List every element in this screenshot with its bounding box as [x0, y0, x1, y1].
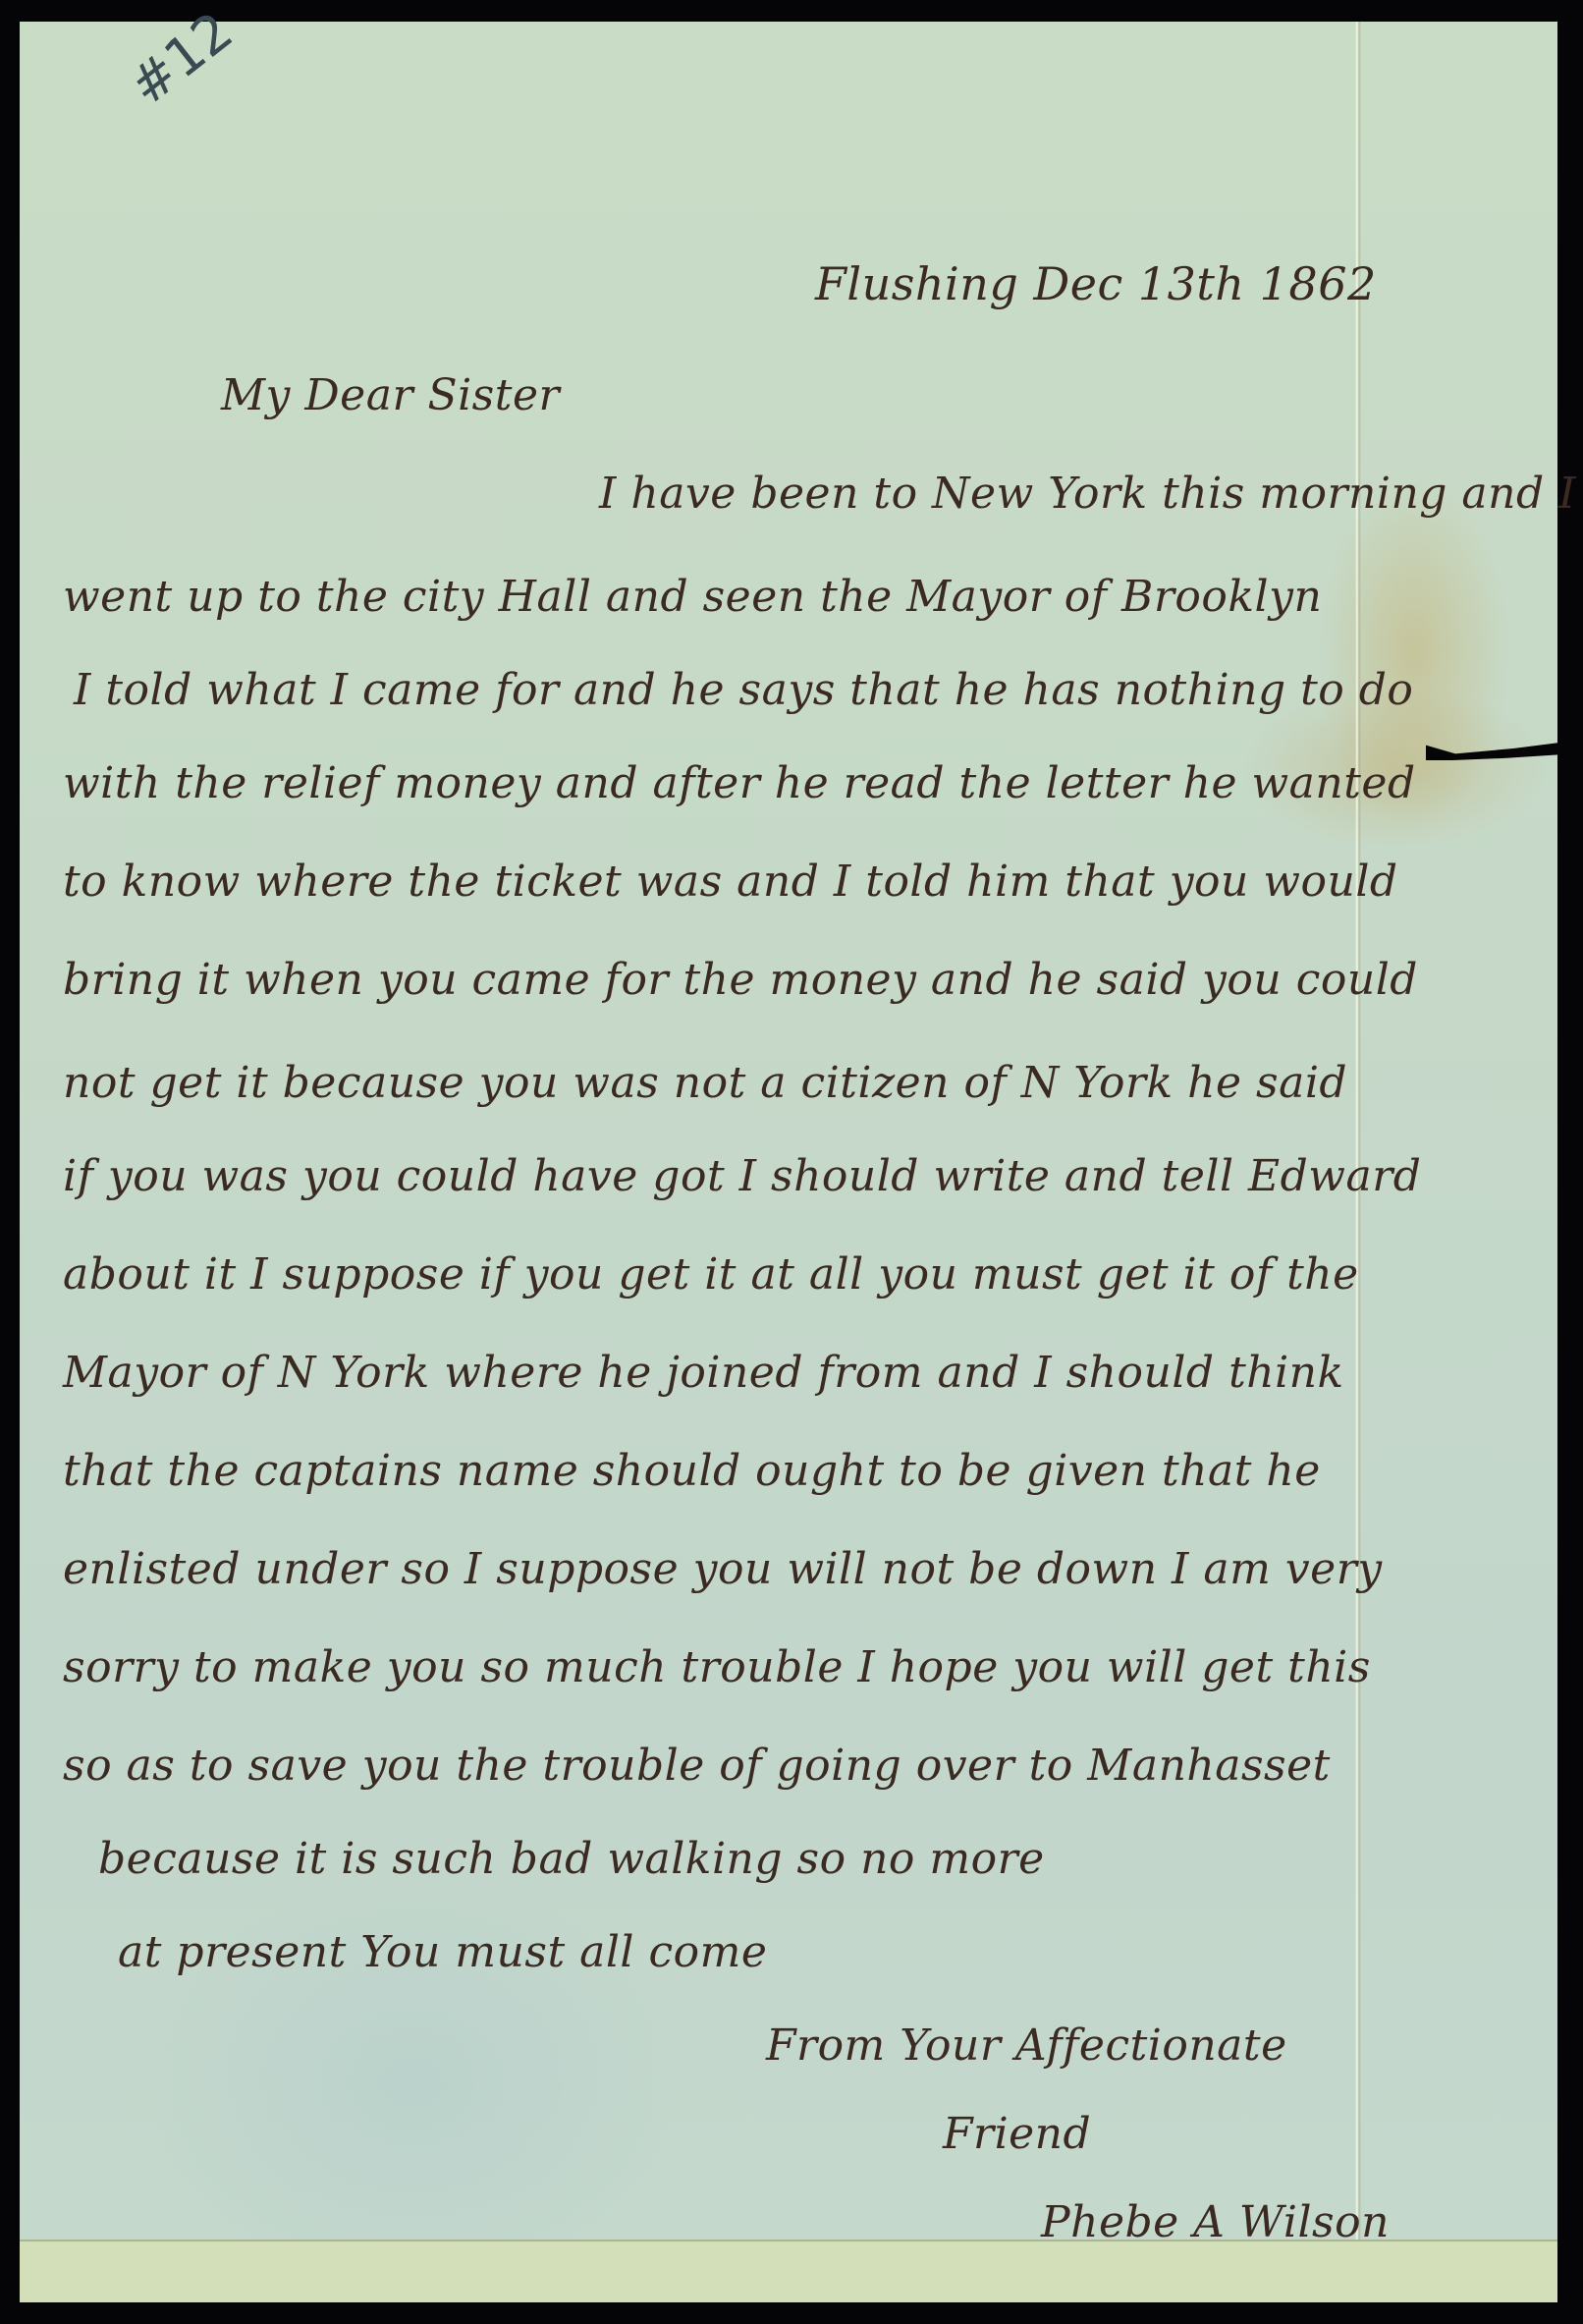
body-line: bring it when you came for the money and…: [63, 955, 1418, 1005]
body-line: I told what I came for and he says that …: [74, 665, 1413, 715]
body-line: if you was you could have got I should w…: [63, 1151, 1421, 1201]
body-line: enlisted under so I suppose you will not…: [63, 1544, 1383, 1594]
salutation: My Dear Sister: [221, 370, 560, 420]
body-line: went up to the city Hall and seen the Ma…: [63, 572, 1322, 622]
body-line: because it is such bad walking so no mor…: [98, 1834, 1045, 1884]
closing-line: Friend: [943, 2109, 1091, 2159]
place: Flushing: [815, 257, 1018, 310]
body-line: Mayor of N York where he joined from and…: [63, 1348, 1344, 1398]
bottom-fold-strip: [20, 2240, 1557, 2302]
body-line: I have been to New York this morning and…: [599, 469, 1576, 519]
date: Dec 13th 1862: [1033, 257, 1376, 310]
body-line: about it I suppose if you get it at all …: [63, 1249, 1359, 1300]
letter-page: #12 Flushing Dec 13th 1862 My Dear Siste…: [20, 22, 1557, 2300]
body-line: with the relief money and after he read …: [63, 758, 1416, 808]
body-line: to know where the ticket was and I told …: [63, 857, 1398, 907]
closing-line: From Your Affectionate: [766, 2020, 1287, 2071]
catalog-mark: #12: [118, 0, 245, 118]
dateline: Flushing Dec 13th 1862: [815, 257, 1377, 310]
body-line: sorry to make you so much trouble I hope…: [63, 1642, 1371, 1692]
body-line: at present You must all come: [118, 1927, 767, 1977]
paper-tear: [1426, 739, 1573, 760]
signature: Phebe A Wilson: [1041, 2197, 1390, 2247]
body-line: not get it because you was not a citizen…: [63, 1058, 1347, 1108]
body-line: that the captains name should ought to b…: [63, 1446, 1321, 1496]
body-line: so as to save you the trouble of going o…: [63, 1741, 1331, 1791]
